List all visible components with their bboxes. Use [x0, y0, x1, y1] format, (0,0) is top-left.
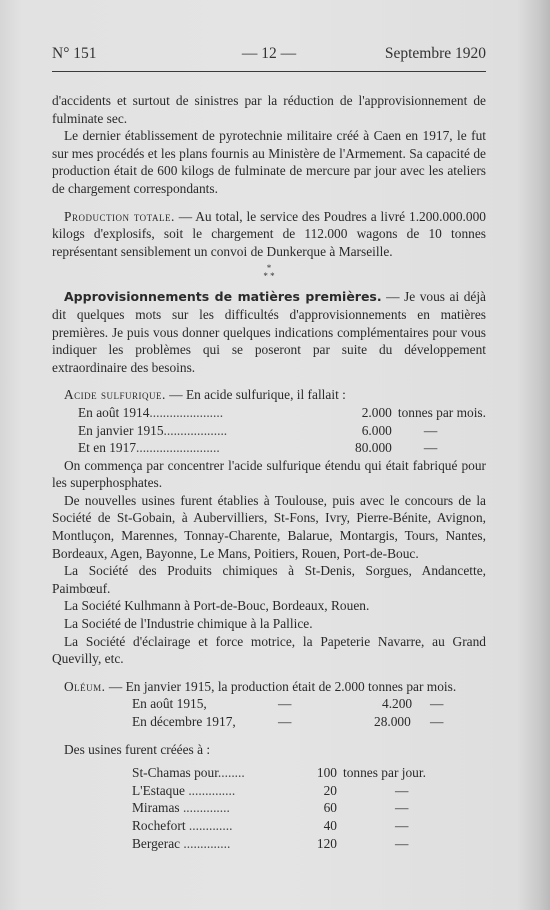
table-row: St-Chamas pour........ 100 tonnes par jo… [132, 764, 426, 782]
paragraph: d'accidents et surtout de sinistres par … [52, 92, 486, 127]
table-row: En août 1915, — 4.200 — [52, 695, 486, 713]
table-row: Rochefort ............. 40 — [132, 817, 426, 835]
running-header: N° 151 — 12 — Septembre 1920 [52, 45, 486, 67]
paragraph-production-totale: Production totale. — Au total, le servic… [52, 208, 486, 261]
paragraph: La Société de l'Industrie chimique à la … [52, 615, 486, 633]
section-heading: Production totale. [64, 209, 175, 224]
page-number: — 12 — [242, 45, 296, 63]
table-row: Bergerac .............. 120 — [132, 835, 426, 853]
paragraph: Le dernier établissement de pyrotechnie … [52, 127, 486, 197]
issue-number: N° 151 [52, 45, 97, 63]
paragraph: La Société d'éclairage et force motrice,… [52, 633, 486, 668]
section-heading: Oléum. [64, 679, 106, 694]
paragraph: La Société Kulhmann à Port-de-Bouc, Bord… [52, 597, 486, 615]
table-row: Miramas .............. 60 — [132, 799, 426, 817]
table-row: L'Estaque .............. 20 — [132, 782, 426, 800]
table-row: En août 1914...................... 2.000… [78, 404, 486, 422]
issue-date: Septembre 1920 [385, 45, 486, 63]
acid-table: En août 1914...................... 2.000… [78, 404, 486, 457]
body-text: d'accidents et surtout de sinistres par … [52, 92, 486, 852]
asterism-divider: * * * [52, 264, 486, 280]
oleum-table: En août 1915, — 4.200 — En décembre 1917… [52, 695, 486, 730]
table-row: En décembre 1917, — 28.000 — [52, 713, 486, 731]
paragraph: On commença par concentrer l'acide sulfu… [52, 457, 486, 492]
header-rule [52, 71, 486, 72]
section-heading: Approvisionnements de matières premières… [64, 289, 382, 304]
table-row: Et en 1917......................... 80.0… [78, 439, 486, 457]
paragraph: De nouvelles usines furent établies à To… [52, 492, 486, 562]
section-heading: Acide sulfurique. [64, 387, 166, 402]
paragraph-acide-sulfurique: Acide sulfurique. — En acide sulfurique,… [52, 386, 486, 404]
paragraph: Des usines furent créées à : [52, 741, 486, 759]
paragraph: La Société des Produits chimiques à St-D… [52, 562, 486, 597]
paragraph-approvisionnements: Approvisionnements de matières premières… [52, 288, 486, 376]
usines-table: St-Chamas pour........ 100 tonnes par jo… [132, 764, 426, 852]
paragraph-oleum: Oléum. — En janvier 1915, la production … [52, 678, 486, 696]
table-row: En janvier 1915................... 6.000… [78, 422, 486, 440]
document-page: N° 151 — 12 — Septembre 1920 d'accidents… [0, 0, 550, 910]
